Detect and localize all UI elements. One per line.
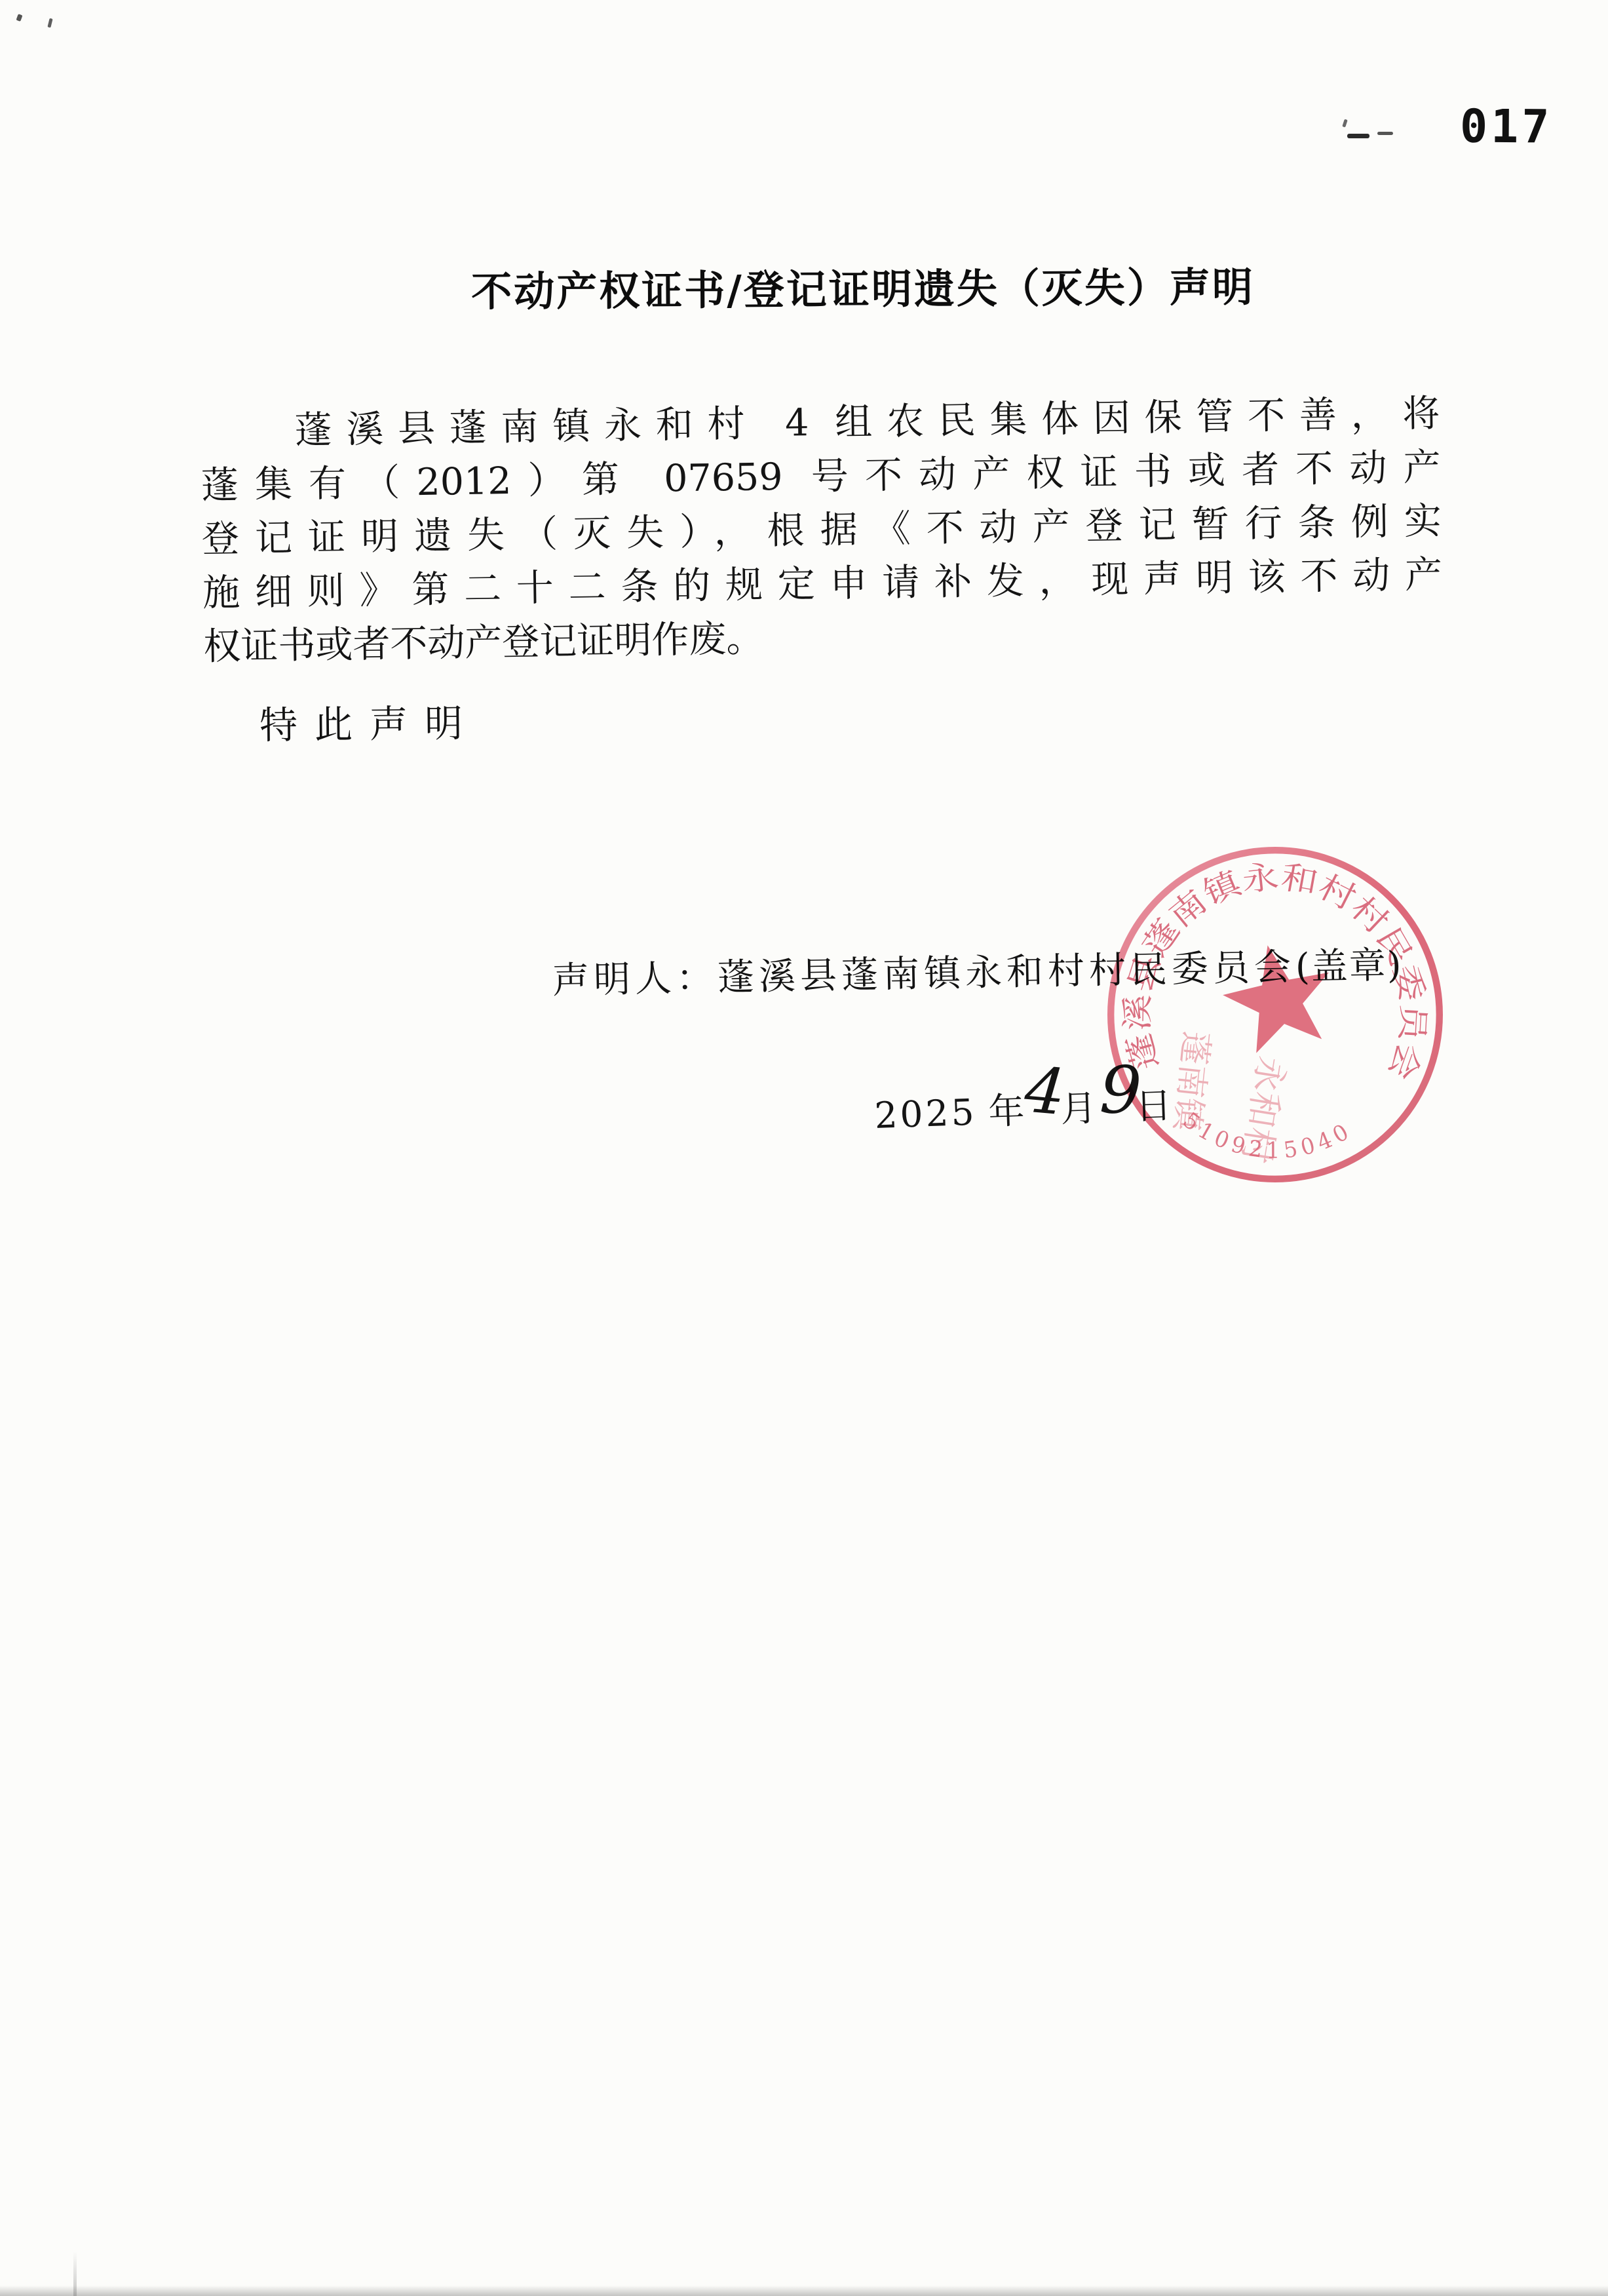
scan-artifact <box>1342 119 1347 128</box>
declarant-name: 蓬溪县蓬南镇永和村村民委员会 <box>717 946 1295 999</box>
document-title: 不动产权证书/登记证明遗失（灭失）声明 <box>118 252 1608 320</box>
seal-ghost-text: 永和村 <box>1235 1053 1293 1166</box>
date-year: 2025 <box>873 1091 977 1137</box>
scan-edge-shadow <box>0 2286 1608 2296</box>
official-seal-stamp: 蓬溪县蓬南镇永和村村民委员会 5109215040 蓬南镇 永和村 <box>1102 842 1448 1188</box>
scanned-document-page: 017 不动产权证书/登记证明遗失（灭失）声明 蓬溪县蓬南镇永和村 4 组农民集… <box>0 0 1608 2296</box>
scan-edge-mark <box>73 2251 77 2296</box>
declarant-label: 声明人： <box>552 956 718 1002</box>
date-day-handwritten: 9 <box>1098 1051 1143 1129</box>
declarant-line: 声明人：蓬溪县蓬南镇永和村村民委员会(盖章) <box>552 936 1403 1004</box>
scan-artifact <box>47 18 52 28</box>
date-year-unit: 年 <box>987 1081 1028 1135</box>
scan-artifact <box>1347 134 1369 138</box>
scan-artifact <box>16 14 23 22</box>
scan-artifact <box>1377 132 1393 135</box>
date-line: 2025年4月9日 <box>873 1057 1176 1144</box>
date-month-handwritten: 4 <box>1022 1053 1069 1129</box>
closing-statement: 特此声明 <box>259 692 480 750</box>
seal-code-digits: 5109215040 <box>1178 1107 1358 1163</box>
body-paragraph: 蓬溪县蓬南镇永和村 4 组农民集体因保管不善，将 蓬集有（2012）第 0765… <box>200 387 1444 674</box>
page-number: 017 <box>1460 100 1553 154</box>
seal-note: (盖章) <box>1295 944 1403 988</box>
